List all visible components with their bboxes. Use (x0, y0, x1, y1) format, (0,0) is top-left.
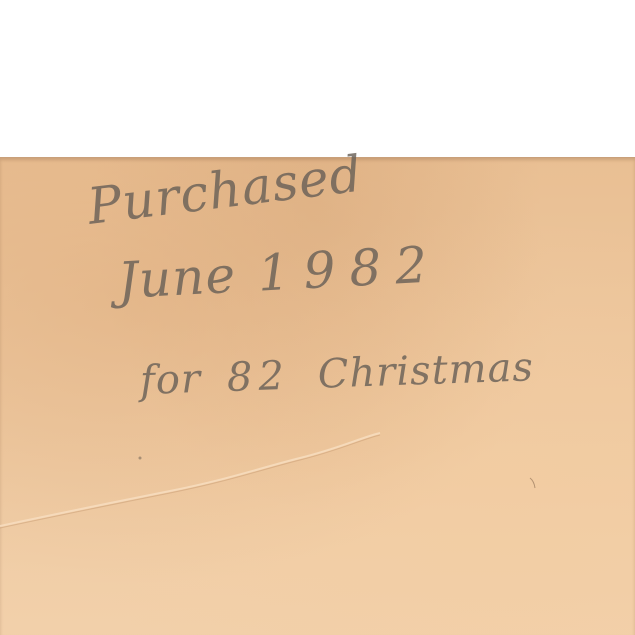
for-text: for (139, 356, 202, 404)
occasion-year-text: 82 (226, 353, 290, 401)
christmas-text: Christmas (317, 344, 535, 398)
month-text: June (116, 246, 237, 310)
photo-canvas: Purchased June1982 for82Christmas (0, 0, 635, 635)
aged-paper: Purchased June1982 for82Christmas (0, 157, 635, 635)
year-text: 1982 (256, 235, 442, 303)
